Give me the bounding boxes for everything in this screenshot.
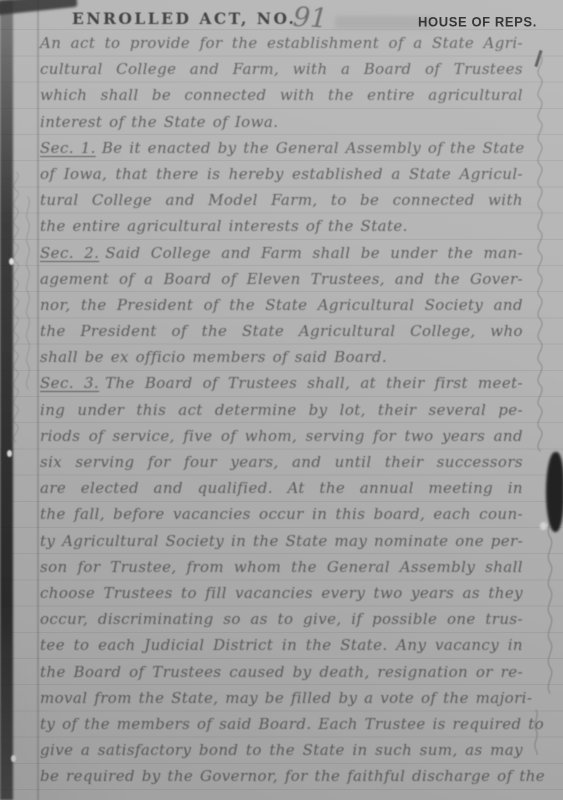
- manuscript-line: Sec. 3.The Board of Trustees shall, at t…: [40, 370, 523, 396]
- manuscript-line: six serving for four years, and until th…: [40, 449, 523, 475]
- manuscript-line-text: the entire agricultural interests of the…: [40, 217, 408, 235]
- manuscript-line: the President of the State Agricultural …: [40, 318, 523, 344]
- manuscript-line-text: son for Trustee, from whom the General A…: [40, 558, 523, 576]
- manuscript-line-text: occur, discriminating so as to give, if …: [40, 610, 523, 628]
- manuscript-line-text: tural College and Model Farm, to be conn…: [40, 191, 523, 209]
- manuscript-line: give a satisfactory bond to the State in…: [40, 737, 523, 763]
- enrolled-act-label: ENROLLED ACT, NO.: [72, 9, 296, 28]
- manuscript-line: cultural College and Farm, with a Board …: [40, 56, 523, 82]
- section-label: Sec. 1.: [40, 139, 102, 157]
- manuscript-line: the Board of Trustees caused by death, r…: [40, 659, 523, 685]
- manuscript-line: ty Agricultural Society in the State may…: [40, 528, 523, 554]
- manuscript-line-text: The Board of Trustees shall, at their fi…: [105, 374, 523, 392]
- paper-speck: [11, 755, 16, 762]
- manuscript-line-text: tee to each Judicial District in the Sta…: [40, 636, 523, 654]
- manuscript-line-text: shall be ex officio members of said Boar…: [40, 348, 387, 366]
- manuscript-line: ty of the members of said Board. Each Tr…: [40, 711, 523, 737]
- manuscript-line: the entire agricultural interests of the…: [40, 213, 523, 239]
- manuscript-line-text: ing under this act determine by lot, the…: [40, 401, 523, 419]
- manuscript-body: An act to provide for the establishment …: [40, 30, 523, 789]
- manuscript-line: interest of the State of Iowa.: [40, 109, 523, 135]
- manuscript-line: agement of a Board of Eleven Trustees, a…: [40, 266, 523, 292]
- manuscript-line-text: agement of a Board of Eleven Trustees, a…: [40, 270, 523, 288]
- manuscript-line-text: choose Trustees to fill vacancies every …: [40, 584, 523, 602]
- manuscript-line-text: ty Agricultural Society in the State may…: [40, 532, 523, 550]
- manuscript-line-text: Said College and Farm shall be under the…: [105, 244, 523, 262]
- manuscript-line: be required by the Governor, for the fai…: [40, 763, 523, 789]
- act-number: 91: [292, 2, 328, 35]
- manuscript-line: riods of service, five of whom, serving …: [40, 423, 523, 449]
- right-edge-white-speck: [540, 522, 547, 530]
- scanned-document-page: ENROLLED ACT, NO. 91 HOUSE OF REPS. An a…: [0, 0, 563, 800]
- section-label: Sec. 3.: [40, 374, 105, 392]
- manuscript-line-text: of Iowa, that there is hereby establishe…: [40, 165, 523, 183]
- section-label: Sec. 2.: [40, 244, 105, 262]
- manuscript-line-text: the President of the State Agricultural …: [40, 322, 523, 340]
- manuscript-line-text: riods of service, five of whom, serving …: [40, 427, 523, 445]
- manuscript-line-text: nor, the President of the State Agricult…: [40, 296, 523, 314]
- manuscript-line: choose Trustees to fill vacancies every …: [40, 580, 523, 606]
- document-header: ENROLLED ACT, NO. 91 HOUSE OF REPS.: [0, 6, 563, 36]
- manuscript-line-text: cultural College and Farm, with a Board …: [40, 60, 523, 78]
- manuscript-line: Sec. 1.Be it enacted by the General Asse…: [40, 135, 523, 161]
- paper-speck: [7, 450, 12, 457]
- manuscript-line: son for Trustee, from whom the General A…: [40, 554, 523, 580]
- manuscript-line: tural College and Model Farm, to be conn…: [40, 187, 523, 213]
- manuscript-line-text: be required by the Governor, for the fai…: [40, 767, 545, 785]
- photo-left-edge: [0, 0, 13, 800]
- manuscript-line: nor, the President of the State Agricult…: [40, 292, 523, 318]
- manuscript-line: ing under this act determine by lot, the…: [40, 397, 523, 423]
- manuscript-line: of Iowa, that there is hereby establishe…: [40, 161, 523, 187]
- manuscript-line: the fall, before vacancies occur in this…: [40, 501, 523, 527]
- manuscript-line: are elected and qualified. At the annual…: [40, 475, 523, 501]
- manuscript-line: which shall be connected with the entire…: [40, 82, 523, 108]
- manuscript-line-text: give a satisfactory bond to the State in…: [40, 741, 523, 759]
- manuscript-line: Sec. 2.Said College and Farm shall be un…: [40, 240, 523, 266]
- manuscript-line-text: the Board of Trustees caused by death, r…: [40, 663, 523, 681]
- paper-speck: [9, 258, 14, 265]
- manuscript-line-text: the fall, before vacancies occur in this…: [40, 505, 523, 523]
- manuscript-line: shall be ex officio members of said Boar…: [40, 344, 523, 370]
- manuscript-line: tee to each Judicial District in the Sta…: [40, 632, 523, 658]
- manuscript-line-text: are elected and qualified. At the annual…: [40, 479, 523, 497]
- house-of-reps-stamp: HOUSE OF REPS.: [418, 14, 537, 30]
- right-margin-handwriting: [528, 55, 562, 755]
- manuscript-line: occur, discriminating so as to give, if …: [40, 606, 523, 632]
- manuscript-line-text: moval from the State, may be filled by a…: [40, 689, 532, 707]
- manuscript-line-text: six serving for four years, and until th…: [40, 453, 523, 471]
- manuscript-line-text: which shall be connected with the entire…: [40, 86, 523, 104]
- manuscript-line-text: Be it enacted by the General Assembly of…: [102, 139, 525, 157]
- right-edge-ink-blot: [546, 452, 563, 532]
- manuscript-line: moval from the State, may be filled by a…: [40, 685, 523, 711]
- manuscript-line-text: An act to provide for the establishment …: [40, 34, 523, 52]
- manuscript-line-text: interest of the State of Iowa.: [40, 113, 278, 131]
- manuscript-line-text: ty of the members of said Board. Each Tr…: [40, 715, 544, 733]
